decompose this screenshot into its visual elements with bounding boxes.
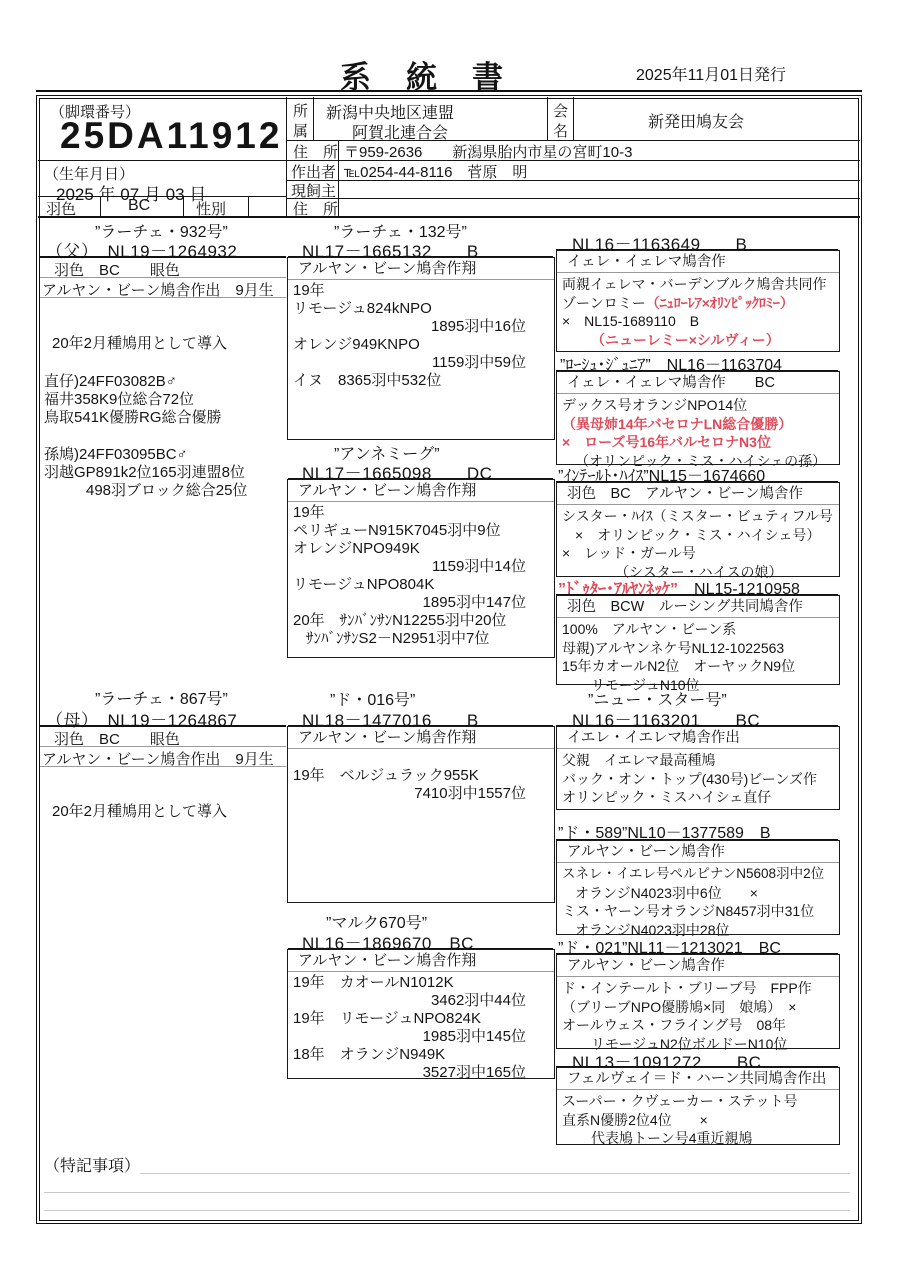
father-ring-underline: [40, 256, 286, 258]
pgm-line: 1895羽中147位: [288, 594, 554, 612]
breeder-label: 作出者: [291, 161, 336, 182]
ggp1-loft-header: イェレ・イェレマ鳩舎作: [557, 251, 839, 273]
mgm-box: アルヤン・ビーン鳩舎作翔 19年 カオールN1012K 3462羽中44位 19…: [287, 949, 555, 1079]
ggp2-line-red: （異母姉14年バセロナLN総合優勝）: [557, 415, 839, 434]
ggp7-line: （ブリーブNPO優勝鳩×同 娘鳩） ×: [557, 998, 839, 1017]
pgf-line: オレンジ949KNPO: [288, 336, 554, 354]
club-label-bottom: 名: [553, 120, 568, 141]
affiliation-label-bottom: 属: [293, 120, 308, 141]
notes-rule-3: [44, 1210, 850, 1211]
feather-color-label: 羽色: [46, 198, 76, 219]
header-bottom-hline: [38, 216, 860, 218]
pgm-line: ペリギューN915K7045羽中9位: [288, 522, 554, 540]
ggp5-line: 父親 イエレマ最高種鳩: [557, 751, 839, 770]
ggp8-line: 代表鳩トーン号4重近親鳩: [557, 1129, 839, 1148]
ggp5-box: イエレ・イエレマ鳩舎作出 父親 イエレマ最高種鳩 バック・オン・トップ(430号…: [556, 726, 840, 810]
special-notes-label: （特記事項）: [44, 1153, 140, 1176]
pgm-loft-header: アルヤン・ビーン鳩舎作翔: [288, 480, 554, 502]
header-hline-4: [286, 198, 860, 199]
pgf-line: リモージュ824kNPO: [288, 300, 554, 318]
ggp4-line: 100% アルヤン・ビーン系: [557, 620, 839, 639]
mgf-loft-header: アルヤン・ビーン鳩舎作翔: [288, 727, 554, 749]
father-child-line-3: 鳥取541K優勝RG総合優勝: [44, 406, 222, 427]
ggp5-line: オリンピック・ミスハイシェ直仔: [557, 788, 839, 807]
pgf-line: 19年: [288, 282, 554, 300]
ggp7-box: アルヤン・ビーン鳩舎作 ド・インテールト・ブリーブ号 FPP作 （ブリーブNPO…: [556, 954, 840, 1049]
pgm-line: 19年: [288, 504, 554, 522]
mgm-line: 18年 オランジN949K: [288, 1046, 554, 1064]
ggp2-loft-header: イェレ・イェレマ鳩舎作 BC: [557, 372, 839, 394]
affiliation-line2: 阿賀北連合会: [352, 120, 448, 143]
ggp3-line: × レッド・ガール号: [557, 544, 839, 563]
ggp6-line: ミス・ヤーン号オランジN8457羽中31位: [557, 902, 839, 921]
ggp2-line: デックス号オランジNPO14位: [557, 396, 839, 415]
ggp7-line: ド・インテールト・ブリーブ号 FPP作: [557, 979, 839, 998]
feather-color-value: BC: [128, 197, 150, 215]
owner-address-label: 住 所: [293, 198, 338, 219]
ggp2-line-red: × ローズ号16年バルセロナN3位: [557, 433, 839, 452]
notes-rule-1: [140, 1173, 850, 1174]
ggp6-line: スネレ・イエレ号ペルピナンN5608羽中2位: [557, 865, 839, 884]
mother-breeder-underline: [40, 766, 286, 767]
ggp1-box: イェレ・イェレマ鳩舎作 両親イェレマ・バーデンブルク鳩舎共同作 ゾーンロミー（ﾆ…: [556, 250, 840, 352]
pgm-box: アルヤン・ビーン鳩舎作翔 19年 ペリギューN915K7045羽中9位 オレンジ…: [287, 479, 555, 658]
ggp5-line: バック・オン・トップ(430号)ビーンズ作: [557, 770, 839, 789]
mgm-line: 1985羽中145位: [288, 1028, 554, 1046]
father-note: 20年2月種鳩用として導入: [52, 332, 227, 353]
ggp3-box: 羽色 BC アルヤン・ビーン鳩舎作 シスター・ﾊｲｽ（ミスター・ビュティフル号 …: [556, 482, 840, 577]
mgm-line: 19年 カオールN1012K: [288, 974, 554, 992]
pedigree-certificate: 系 統 書 2025年11月01日発行 （脚環番号） 25DA11912 （生年…: [0, 0, 900, 1280]
pgf-line: 1895羽中16位: [288, 318, 554, 336]
issue-date: 2025年11月01日発行: [636, 62, 786, 85]
mgf-line: 19年 ベルジュラック955K: [288, 767, 554, 785]
father-breeder-underline: [40, 297, 286, 298]
header-vline-4: [573, 97, 574, 140]
ggp4-line: 母親)アルヤンネケ号NL12-1022563: [557, 639, 839, 658]
pgf-box: アルヤン・ビーン鳩舎作翔 19年 リモージュ824kNPO 1895羽中16位 …: [287, 257, 555, 440]
ggp2-box: イェレ・イェレマ鳩舎作 BC デックス号オランジNPO14位 （異母姉14年バセ…: [556, 371, 840, 465]
ggp7-loft-header: アルヤン・ビーン鳩舎作: [557, 955, 839, 977]
pgm-line: オレンジNPO949K: [288, 540, 554, 558]
ggp5-loft-header: イエレ・イエレマ鳩舎作出: [557, 727, 839, 749]
pgm-line: ｻﾝﾊﾞﾝｻﾝS2－N2951羽中7位: [288, 630, 554, 648]
ggp6-loft-header: アルヤン・ビーン鳩舎作: [557, 841, 839, 863]
pgm-line: 1159羽中14位: [288, 558, 554, 576]
ggp8-line: スーパー・クヴェーカー・ステット号: [557, 1092, 839, 1111]
pgf-line: イヌ 8365羽中532位: [288, 372, 554, 390]
mother-note: 20年2月種鳩用として導入: [52, 800, 227, 821]
ggp8-box: フェルヴェイ＝ド・ハーン共同鳩舎作出 スーパー・クヴェーカー・ステット号 直系N…: [556, 1067, 840, 1145]
ring-cell-hline: [38, 160, 286, 161]
club-name-value: 新発田鳩友会: [648, 109, 744, 132]
ggp4-line: 15年カオールN2位 オーヤックN9位: [557, 657, 839, 676]
pgm-line: 20年 ｻﾝﾊﾞﾝｻﾝN12255羽中20位: [288, 612, 554, 630]
affiliation-label-top: 所: [293, 100, 308, 121]
mgm-line: 19年 リモージュNPO824K: [288, 1010, 554, 1028]
ggp7-line: オールウェス・フライング号 08年: [557, 1016, 839, 1035]
father-feather-underline: [40, 277, 286, 278]
mgf-line: 7410羽中1557位: [288, 785, 554, 803]
father-grandchild-line-3: 498羽ブロック総合25位: [86, 479, 247, 500]
ggp1-line: 両親イェレマ・バーデンブルク鳩舎共同作: [557, 275, 839, 294]
ggp3-line: × オリンピック・ミス・ハイシェ号）: [557, 526, 839, 545]
ggp8-loft-header: フェルヴェイ＝ド・ハーン共同鳩舎作出: [557, 1068, 839, 1090]
mgm-line: 3527羽中165位: [288, 1064, 554, 1082]
header-vline-3: [547, 97, 548, 140]
ggp6-box: アルヤン・ビーン鳩舎作 スネレ・イエレ号ペルピナンN5608羽中2位 オランジN…: [556, 840, 840, 935]
ggp1-line-black: ゾーンロミー: [562, 295, 646, 311]
club-label-top: 会: [553, 100, 568, 121]
ring-number-value: 25DA11912: [60, 115, 282, 157]
ggp6-line: オランジN4023羽中6位 ×: [557, 884, 839, 903]
feather-vline-3: [248, 196, 249, 216]
ggp1-line: ゾーンロミー（ﾆｭﾛｰﾚｱ×ｵﾘﾝﾋﾟｯｸﾛﾐｰ）: [557, 294, 839, 313]
ggp1-line: × NL15-1689110 B: [557, 312, 839, 331]
mgf-box: アルヤン・ビーン鳩舎作翔 19年 ベルジュラック955K 7410羽中1557位: [287, 726, 555, 903]
header-vline-2: [313, 97, 314, 140]
sex-label: 性別: [196, 198, 226, 219]
notes-rule-2: [44, 1192, 850, 1193]
ggp8-line: 直系N優勝2位4位 ×: [557, 1111, 839, 1130]
ggp1-line-red: （ニューレミー×シルヴィー）: [557, 331, 839, 350]
breeder-value: ℡0254-44-8116 菅原 明: [344, 161, 527, 182]
ggp3-loft-header: 羽色 BC アルヤン・ビーン鳩舎作: [557, 483, 839, 505]
header-vline-5: [338, 140, 339, 216]
mother-feather-underline: [40, 746, 286, 747]
pgf-loft-header: アルヤン・ビーン鳩舎作翔: [288, 258, 554, 280]
ggp3-line: シスター・ﾊｲｽ（ミスター・ビュティフル号: [557, 507, 839, 526]
mgm-loft-header: アルヤン・ビーン鳩舎作翔: [288, 950, 554, 972]
mgm-line: 3462羽中44位: [288, 992, 554, 1010]
ggp1-line-red: （ﾆｭﾛｰﾚｱ×ｵﾘﾝﾋﾟｯｸﾛﾐｰ）: [646, 295, 794, 311]
pgf-line: 1159羽中59位: [288, 354, 554, 372]
ggp4-loft-header: 羽色 BCW ルーシング共同鳩舎作: [557, 596, 839, 618]
address-label: 住 所: [293, 141, 338, 162]
address-value: 〒959-2636 新潟県胎内市星の宮町10-3: [344, 141, 632, 162]
pgm-line: リモージュNPO804K: [288, 576, 554, 594]
title-rule: [36, 90, 862, 92]
ggp4-box: 羽色 BCW ルーシング共同鳩舎作 100% アルヤン・ビーン系 母親)アルヤン…: [556, 595, 840, 685]
mother-ring-underline: [40, 725, 286, 727]
